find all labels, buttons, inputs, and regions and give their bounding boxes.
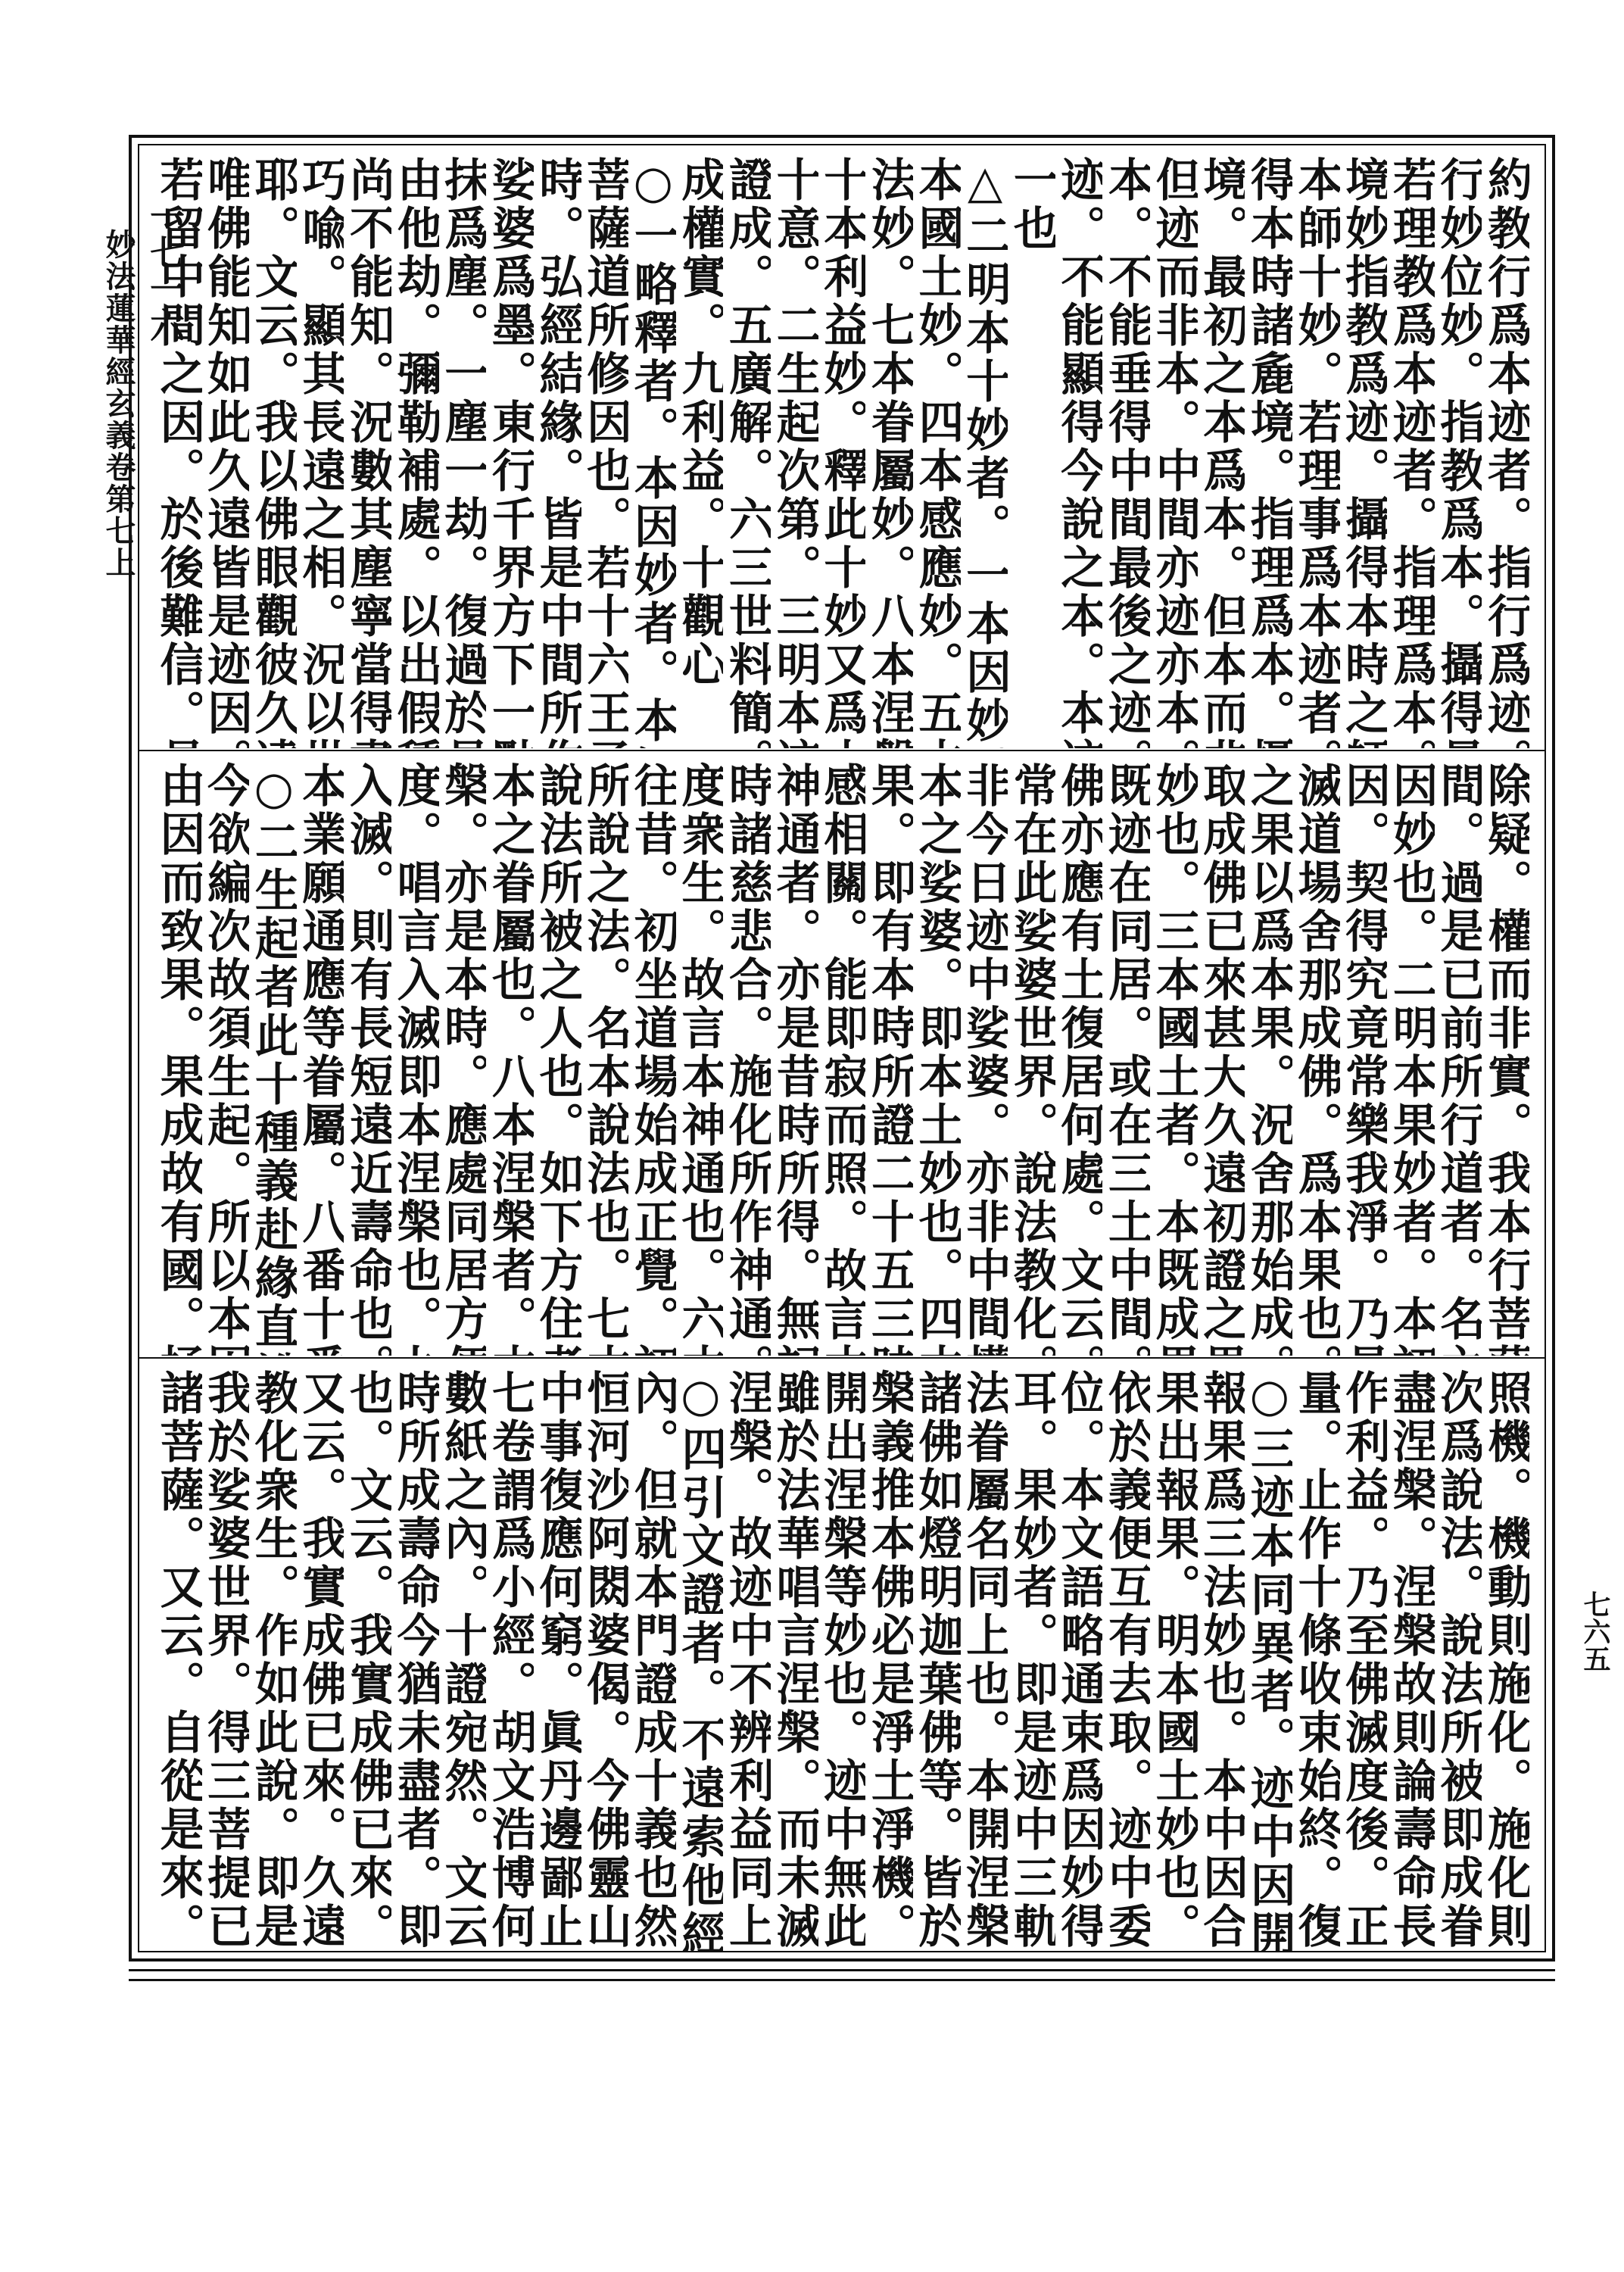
text-column: 行妙位妙。指教爲本。攝得最初本時智妙。 <box>1435 156 1482 748</box>
text-column: 我於娑婆世界。得三菩提已。教化示導是 <box>202 1369 250 1951</box>
text-column: 神通者。亦是昔時所得。無記化化禪。與本因 <box>771 762 818 1356</box>
text-column: 時所成壽命今猶未盡者。即是本之行因妙 <box>391 1369 439 1951</box>
text-column: 法眷屬名同上也。本開涅槃壽命妙者。久遠 <box>961 1369 1008 1951</box>
register-top: 約教行爲本迹者。指行爲迹。攝得最初 行妙位妙。指教爲本。攝得最初本時智妙。 若理… <box>138 145 1546 748</box>
text-column: ○三迹本同異者。迹中因開而果合。合習果 <box>1245 1369 1292 1951</box>
text-column: 抹爲塵。一塵一劫。復過於是百千萬億那 <box>439 156 487 748</box>
text-column: 非今日迹中娑婆。亦非中間權迹處所。乃是 <box>961 762 1008 1356</box>
text-column: 滅道場舍那成佛。爲本果也。尚不取中間 <box>1292 762 1340 1356</box>
text-column: 因。契得究竟常樂我淨。乃是本果。不取寂 <box>1340 762 1388 1356</box>
text-column: 果。即有本時所證二十五三昧。慈悲誓願機 <box>865 762 913 1356</box>
text-column: 十本利益妙。釋此十妙又爲十重。一略釋 <box>818 156 866 748</box>
text-column: 證成。五廣解。六三世料簡。七論麁妙。八結 <box>723 156 771 748</box>
text-column: ○二生起者此十種義赴緣直說散在經文。 <box>249 762 297 1356</box>
text-column: △二明本十妙者。一本因妙。二本果妙。三 <box>961 156 1008 748</box>
text-column: 教化衆生。作如此說。即是本果妙也。文云。 <box>249 1369 297 1951</box>
text-column: 照機。機動則施化。施化則有神通。神通竟 <box>1482 1369 1529 1951</box>
text-column: 約教行爲本迹者。指行爲迹。攝得最初 <box>1482 156 1529 748</box>
text-column: 耶。文云。我以佛眼觀彼久遠。猶若今也。 <box>249 156 297 748</box>
text-column: 報果爲三法妙也。本中因合而果開。開習 <box>1198 1369 1245 1951</box>
text-column: 但迹而非本。中間亦迹亦本。若無本時之 <box>1150 156 1198 748</box>
text-column: 諸佛如燈明迦葉佛等。皆於法華即入涅 <box>913 1369 961 1951</box>
text-column: 尚不能知。況數其塵寧當得盡。特是如來 <box>344 156 391 748</box>
text-column: 時。弘經結緣。皆是中間所作非本因也。若 <box>534 156 581 748</box>
text-column: 說法所被之人也。如下方住者。彌勒不識即 <box>534 762 581 1356</box>
text-column: 諸菩薩。又云。自從是來。我常在此娑婆世 <box>154 1369 202 1951</box>
register-middle: 除疑。權而非實。我本行菩薩道時不在中 間。過是已前所行道者。名之爲本。即是本 因… <box>138 750 1546 1356</box>
text-column: 本師十妙。若理事爲本迹者。指事爲迹。攝 <box>1292 156 1340 748</box>
text-column: 本業願通應等眷屬。八番十番饒益者是也 <box>297 762 344 1356</box>
text-column: 又云。我實成佛已來。久遠若斯。但以方便 <box>297 1369 344 1951</box>
page-number-right: 七六五 <box>1576 1590 1615 1672</box>
text-column: 今欲編次故須生起。所以本因居初者。必 <box>202 762 250 1356</box>
text-column: 內。但就本門證成十義也然先佛法華。如 <box>628 1369 676 1951</box>
text-column: 本之眷屬也。八本涅槃者。本時所證斷德涅 <box>486 762 534 1356</box>
running-title: 妙法蓮華經玄義卷第七上 <box>97 229 140 579</box>
text-column: 由他劫。彌勒補處。以出假種智直數世界。 <box>391 156 439 748</box>
text-column: 佛亦應有土復居何處。文云。自從是來。我 <box>1055 762 1103 1356</box>
text-column: 得本時諸麁境。指理爲本。攝得本時諸妙 <box>1245 156 1292 748</box>
text-column: 境妙指教爲迹。攝得本時之師教妙。兼得 <box>1340 156 1388 748</box>
text-column: 之果以爲本果。況舍那始成。云何是本。但 <box>1245 762 1292 1356</box>
text-column: 位。本文語略通束爲因妙得意知是開合 <box>1055 1369 1103 1951</box>
text-column: 法妙。七本眷屬妙。八本涅槃妙。九本壽命妙。 <box>865 156 913 748</box>
text-column: 數紙之內。十證宛然。文云。我本行菩薩道 <box>439 1369 487 1951</box>
text-column: 除疑。權而非實。我本行菩薩道時不在中 <box>1482 762 1529 1356</box>
text-column: 涅槃。故迹中不辨利益同上也 <box>723 1369 771 1951</box>
text-column: 恒河沙阿閦婆偈。今佛靈山八年說法。胡本 <box>581 1369 629 1951</box>
text-column: 耳。果妙者。即是迹中三軌妙也。感應神通說 <box>1008 1369 1055 1951</box>
text-column: 量。止作十條收束始終。復成次第也 <box>1292 1369 1340 1951</box>
text-column: 巧喩。顯其長遠之相。況以世智巧歷算數 <box>297 156 344 748</box>
text-column: 度。唱言入滅即本涅槃也。九本壽命者。既唱 <box>391 762 439 1356</box>
text-column: 常在此娑婆世界。說法教化。按此文者。實 <box>1008 762 1055 1356</box>
text-column: 盡涅槃。涅槃故則論壽命長短。長短之壽所 <box>1387 1369 1435 1951</box>
text-column: 本。不能垂得中間最後之迹。若無已說之 <box>1102 156 1150 748</box>
text-column: 果出報果。明本國土妙也。作此同異者。 <box>1150 1369 1198 1951</box>
footer-rule-line <box>129 1979 1555 1981</box>
text-column: 既迹在同居。或在三土中間。亦有四土本 <box>1102 762 1150 1356</box>
register-bottom: 照機。機動則施化。施化則有神通。神通竟 次爲說法。說法所被即成眷屬。眷屬已度緣 … <box>138 1357 1546 1951</box>
text-column: 十意。二生起次第。三明本迹開合。四引文 <box>771 156 818 748</box>
text-column: 由因而致果。果成故有國。極果居國即有 <box>154 762 202 1356</box>
footer-rules <box>129 1969 1555 1989</box>
text-column: 取成佛已來甚大久遠初證之果名本果 <box>1198 762 1245 1356</box>
text-column: 雖於法華唱言涅槃。而未滅度。此事方在 <box>771 1369 818 1951</box>
text-column: 感相關。能即寂而照。故言本感應也。五本 <box>818 762 866 1356</box>
text-column: 中事復應何窮。眞丹邊鄙止聞大意。人見 <box>534 1369 581 1951</box>
text-column: 迹。不能顯得今說之本。本迹雖殊不思議 <box>1055 156 1103 748</box>
text-column: 開出涅槃等妙也。迹中無此二義者。釋迦 <box>818 1369 866 1951</box>
text-column: ○一略釋者。本因妙者。本初發菩提心。行 <box>628 156 676 748</box>
text-column: 往昔。初坐道場始成正覺。初轉法輪四辯 <box>628 762 676 1356</box>
text-column: 若理教爲本迹者。指理爲本。攝得本初之 <box>1387 156 1435 748</box>
text-column: 本國土妙。四本感應妙。五本神通妙。六本說 <box>913 156 961 748</box>
text-column: 次爲說法。說法所被即成眷屬。眷屬已度緣 <box>1435 1369 1482 1951</box>
footer-rule-line <box>129 1969 1555 1971</box>
text-column: 依於義便互有去取。迹中委悉明境智行 <box>1102 1369 1150 1951</box>
text-column: 菩薩道所修因也。若十六王子在大通佛 <box>581 156 629 748</box>
text-column: 入滅。則有長短遠近壽命也。十本利益者。 <box>344 762 391 1356</box>
text-column: 娑婆爲墨。東行千界方下一點。點不點等盡 <box>486 156 534 748</box>
text-column: 槃義推本佛必是淨土淨機。又往事已成故 <box>865 1369 913 1951</box>
text-column: 唯佛能知如此久遠皆是迹因。非本因也。 <box>202 156 250 748</box>
text-column: 境。最初之本爲本。但本而非迹。最後已說 <box>1198 156 1245 748</box>
text-column: 本之娑婆。即本土妙也。四本感應者。既已成 <box>913 762 961 1356</box>
text-column: 時諸慈悲合。施化所作神通。駭動最初可 <box>723 762 771 1356</box>
text-column: 一也 <box>1008 156 1055 748</box>
text-column: 度衆生。故言本神通也。六本說法者。即是 <box>676 762 724 1356</box>
text-column: 因妙也。二明本果妙者。本初所行圓妙之 <box>1387 762 1435 1356</box>
text-column: 所說之法。名本說法也。七本眷屬者。本時 <box>581 762 629 1356</box>
text-column: 間。過是已前所行道者。名之爲本。即是本 <box>1435 762 1482 1356</box>
text-column: 作利益。乃至佛滅度後。正像等益義。乃無 <box>1340 1369 1388 1951</box>
text-column: 也。文云。我實成佛已來。無量無邊億那由他。 <box>344 1369 391 1951</box>
text-column: 七卷謂爲小經。胡文浩博何所不辨。今就 <box>486 1369 534 1951</box>
text-column: 妙也。三本國土者。本既成果必有依國。今 <box>1150 762 1198 1356</box>
text-column: 槃。亦是本時。應處同居方便二土。有緣既 <box>439 762 487 1356</box>
text-column: 成權實。九利益。十觀心 <box>676 156 724 748</box>
text-column: 若留中間之因。於後難信。是故法華拂迹 <box>154 156 202 748</box>
text-column: ○四引文證者。不遠索他經。亦不通引部 <box>676 1369 724 1951</box>
